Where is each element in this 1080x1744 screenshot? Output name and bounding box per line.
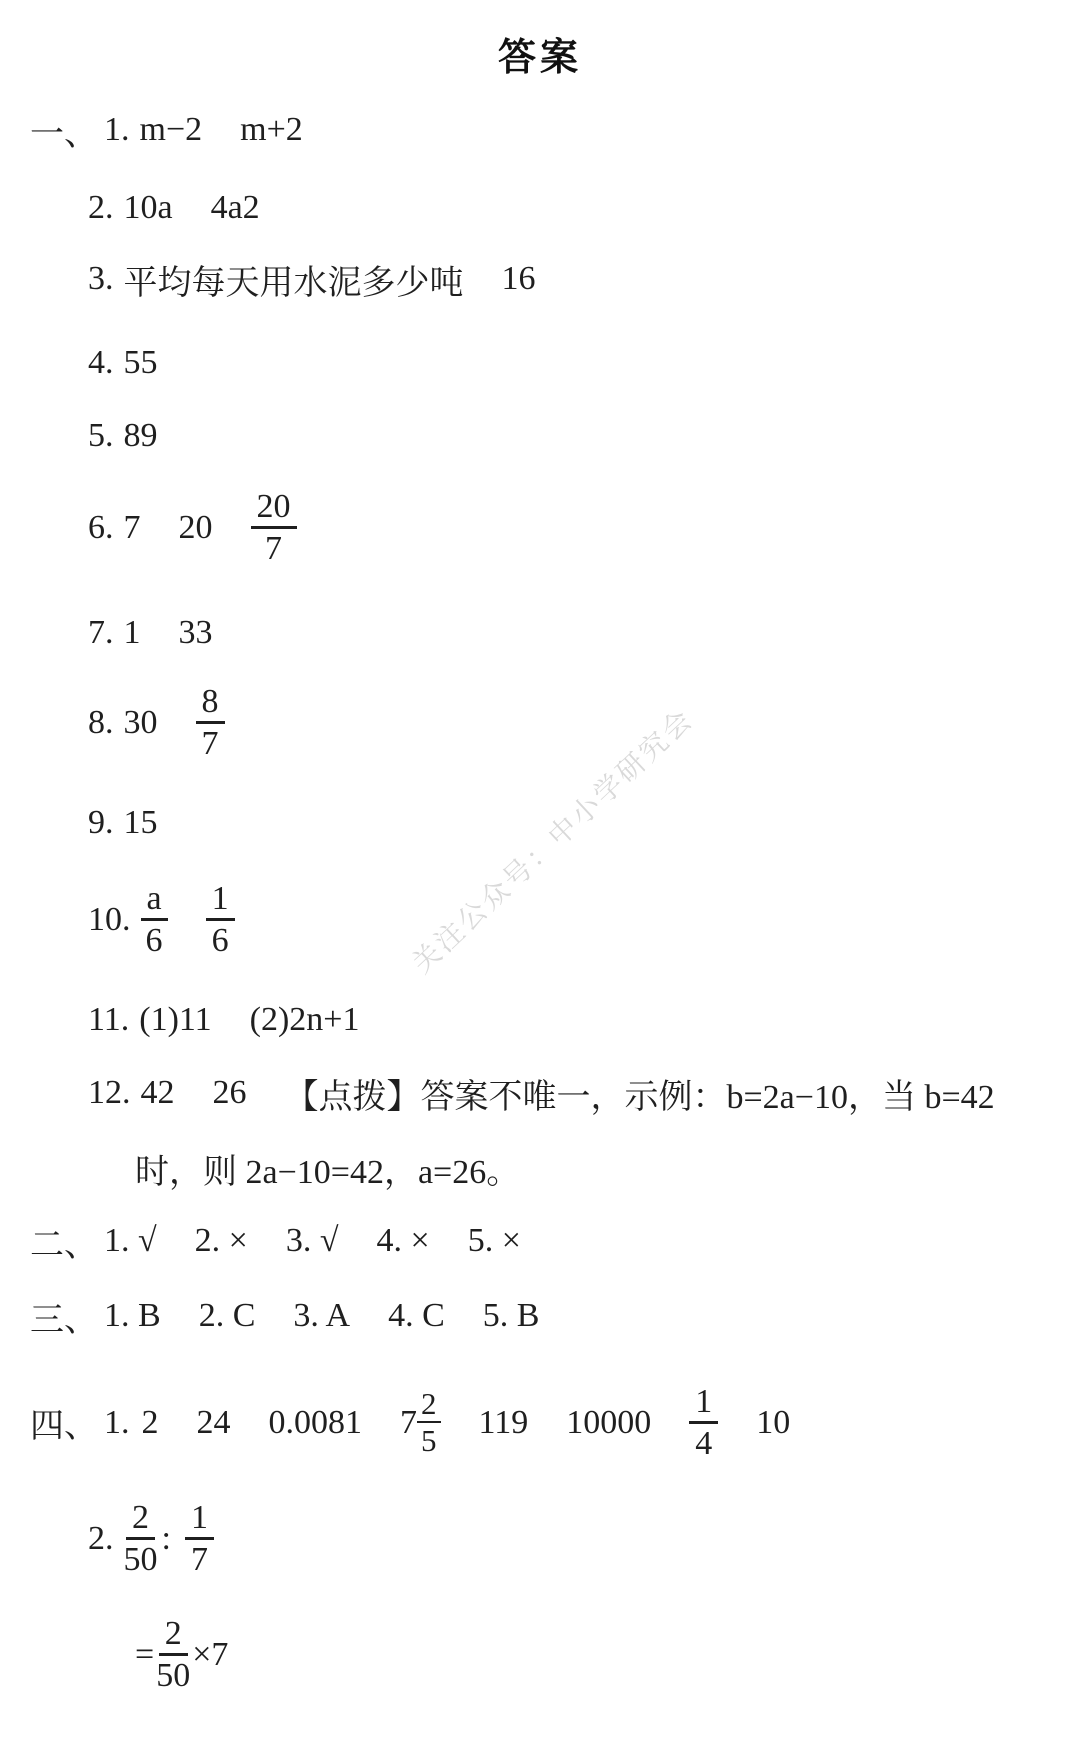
mixed-number: 7 2 5 xyxy=(400,1388,441,1457)
answer-value: 7 xyxy=(124,509,141,547)
question-number: 12. xyxy=(88,1074,131,1112)
answer-line-s1-q4: 4. 55 xyxy=(88,343,158,383)
answer-value: 2 xyxy=(142,1404,159,1442)
choice-answer: 5. B xyxy=(483,1297,540,1335)
answer-line-s1-q12-cont: 时，则 2a−10=42，a=26。 xyxy=(135,1148,520,1188)
choice-answer: 1. B xyxy=(104,1297,161,1335)
watermark-text: 关注公众号：中小学研究会 xyxy=(402,698,701,981)
answer-key-page: 关注公众号：中小学研究会 答案 一、 1. m−2 m+2 2. 10a 4a2… xyxy=(0,0,1080,1744)
answer-value: (2)2n+1 xyxy=(250,1001,360,1039)
answer-value: 89 xyxy=(124,417,158,455)
fraction-numerator: a xyxy=(141,881,168,921)
answer-line-s1-q3: 3. 平均每天用水泥多少吨 16 xyxy=(88,259,536,299)
answer-value: 42 xyxy=(141,1074,175,1112)
question-number: 5. xyxy=(88,417,114,455)
judge-answer: 2. × xyxy=(195,1222,248,1260)
section-3-label: 三、 xyxy=(30,1292,98,1341)
fraction-numerator: 2 xyxy=(126,1500,155,1540)
fraction-denominator: 7 xyxy=(191,1540,208,1577)
fraction-numerator: 1 xyxy=(185,1500,214,1540)
answer-fraction: 2 50 xyxy=(156,1616,190,1694)
answer-value: 15 xyxy=(124,804,158,842)
answer-note: 【点拨】答案不唯一，示例：b=2a−10，当 b=42 xyxy=(285,1069,995,1118)
question-number: 2. xyxy=(88,1520,114,1558)
answer-fraction: a 6 xyxy=(141,881,168,959)
answer-line-s1-q5: 5. 89 xyxy=(88,416,158,456)
answer-value: 平均每天用水泥多少吨 xyxy=(124,255,464,304)
answer-value: 26 xyxy=(213,1074,247,1112)
answer-fraction: 1 4 xyxy=(689,1384,718,1462)
question-number: 8. xyxy=(88,704,114,742)
answer-value: 55 xyxy=(124,344,158,382)
choice-answer: 2. C xyxy=(199,1297,256,1335)
answer-line-s1-q11: 11. (1)11 (2)2n+1 xyxy=(88,1000,359,1040)
answer-line-s4-q1: 四、 1. 2 24 0.0081 7 2 5 119 10000 1 4 10 xyxy=(30,1384,790,1462)
fraction-denominator: 7 xyxy=(265,529,282,566)
answer-value: 10000 xyxy=(566,1404,651,1442)
fraction-numerator: 2 xyxy=(159,1616,188,1656)
fraction-numerator: 20 xyxy=(251,489,297,529)
answer-value: 119 xyxy=(479,1404,529,1442)
answer-line-s1-q12: 12. 42 26 【点拨】答案不唯一，示例：b=2a−10，当 b=42 xyxy=(88,1073,995,1113)
equals-sign: = xyxy=(135,1636,154,1674)
fraction-denominator: 5 xyxy=(421,1423,437,1457)
choice-answer: 3. A xyxy=(293,1297,350,1335)
answer-line-s3: 三、 1. B 2. C 3. A 4. C 5. B xyxy=(30,1296,539,1336)
question-number: 7. xyxy=(88,614,114,652)
answer-fraction: 2 50 xyxy=(124,1500,158,1578)
answer-value: m−2 xyxy=(140,111,203,149)
answer-line-s2: 二、 1. √ 2. × 3. √ 4. × 5. × xyxy=(30,1221,521,1261)
mixed-whole: 7 xyxy=(400,1404,417,1442)
times-factor: ×7 xyxy=(192,1636,228,1674)
question-number: 1. xyxy=(104,111,130,149)
fraction-numerator: 8 xyxy=(196,684,225,724)
fraction-denominator: 7 xyxy=(202,724,219,761)
judge-answer: 4. × xyxy=(377,1222,430,1260)
question-number: 9. xyxy=(88,804,114,842)
choice-answer: 4. C xyxy=(388,1297,445,1335)
answer-line-s4-q2-work: = 2 50 ×7 xyxy=(135,1616,228,1694)
question-number: 4. xyxy=(88,344,114,382)
fraction-denominator: 50 xyxy=(156,1656,190,1693)
answer-value: 4a2 xyxy=(211,189,260,227)
question-number: 3. xyxy=(88,260,114,298)
ratio-colon: : xyxy=(162,1520,171,1558)
answer-line-s1-q7: 7. 1 33 xyxy=(88,613,213,653)
fraction-numerator: 1 xyxy=(206,881,235,921)
answer-note-continued: 时，则 2a−10=42，a=26。 xyxy=(135,1144,520,1193)
answer-line-s1-q8: 8. 30 8 7 xyxy=(88,684,225,762)
question-number: 10. xyxy=(88,901,131,939)
judge-answer: 3. √ xyxy=(286,1222,339,1260)
judge-answer: 5. × xyxy=(468,1222,521,1260)
question-number: 2. xyxy=(88,189,114,227)
answer-fraction: 20 7 xyxy=(251,489,297,567)
answer-line-s1-q10: 10. a 6 1 6 xyxy=(88,881,235,959)
answer-line-s4-q2: 2. 2 50 : 1 7 xyxy=(88,1500,214,1578)
answer-value: 20 xyxy=(179,509,213,547)
answer-value: m+2 xyxy=(240,111,303,149)
fraction-denominator: 6 xyxy=(146,921,163,958)
section-2-label: 二、 xyxy=(30,1217,98,1266)
question-number: 6. xyxy=(88,509,114,547)
fraction-denominator: 6 xyxy=(212,921,229,958)
answer-value: 24 xyxy=(197,1404,231,1442)
section-4-label: 四、 xyxy=(30,1398,98,1447)
section-1-label: 一、 xyxy=(30,106,98,155)
answer-value: 1 xyxy=(124,614,141,652)
answer-fraction: 8 7 xyxy=(196,684,225,762)
answer-line-s1-q6: 6. 7 20 20 7 xyxy=(88,489,297,567)
answer-line-s1-q2: 2. 10a 4a2 xyxy=(88,188,260,228)
answer-fraction: 1 7 xyxy=(185,1500,214,1578)
mixed-fraction: 2 5 xyxy=(417,1388,441,1457)
answer-value: 16 xyxy=(502,260,536,298)
answer-fraction: 1 6 xyxy=(206,881,235,959)
fraction-numerator: 2 xyxy=(417,1388,441,1423)
question-number: 11. xyxy=(88,1001,129,1039)
fraction-numerator: 1 xyxy=(689,1384,718,1424)
answer-value: 10a xyxy=(124,189,173,227)
fraction-denominator: 4 xyxy=(695,1424,712,1461)
answer-line-s1-q9: 9. 15 xyxy=(88,803,158,843)
answer-value: 0.0081 xyxy=(269,1404,363,1442)
page-title: 答案 xyxy=(0,26,1080,81)
answer-value: 10 xyxy=(756,1404,790,1442)
fraction-denominator: 50 xyxy=(124,1540,158,1577)
answer-value: 30 xyxy=(124,704,158,742)
answer-value: 33 xyxy=(179,614,213,652)
answer-value: (1)11 xyxy=(139,1001,211,1039)
answer-line-s1-q1: 一、 1. m−2 m+2 xyxy=(30,110,303,150)
question-number: 1. xyxy=(104,1404,130,1442)
judge-answer: 1. √ xyxy=(104,1222,157,1260)
